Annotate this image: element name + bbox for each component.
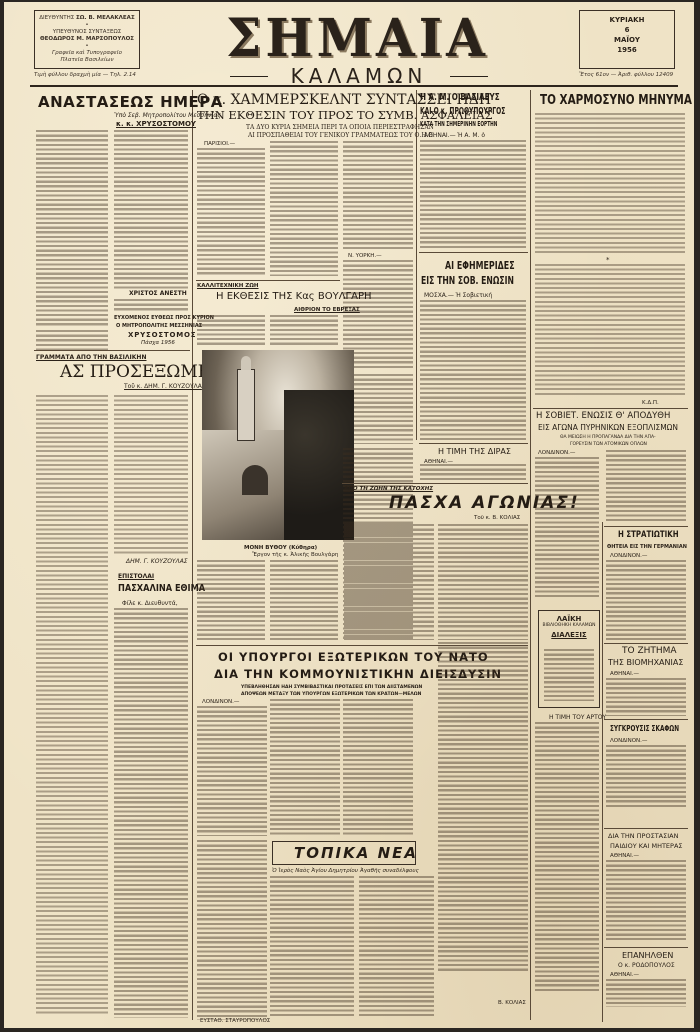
article-body (344, 524, 434, 640)
signature-kolias: Β. ΚΟΛΙΑΣ (498, 1000, 526, 1006)
closing-name: ΧΡΥΣΟΣΤΟΜΟΣ (128, 331, 196, 339)
headline-industry-1: ΤΟ ΖΗΤΗΜΑ (622, 646, 677, 656)
article-body (606, 560, 686, 640)
dateline-london-soviet: ΛΟΝΔΙΝΟΝ.— (538, 450, 575, 456)
closing-date: Πάσχα 1956 (141, 340, 175, 346)
headline-price-dira: Η ΤΙΜΗ ΤΗΣ ΔΙΡΑΣ (438, 447, 511, 456)
kicker-letters: ΕΠΙΣΤΟΛΑΙ (118, 573, 154, 580)
photo-arch (242, 465, 268, 495)
section-mark: * (606, 256, 610, 264)
headline-paschalina-ethima: ΠΑΣΧΑΛΙΝΑ ΕΘΙΜΑ (118, 583, 205, 594)
subhead-nato-1: ΥΠΕΒΛΗΘΗΣΑΝ ΗΔΗ ΣΥΜΒΙΒΑΣΤΙΚΑΙ ΠΡΟΤΑΣΕΙΣ … (241, 685, 422, 690)
article-body (114, 395, 188, 555)
letters-salutation: Φίλε κ. Διευθυντά, (122, 600, 178, 607)
local-item-2: Ἀγαθῆς συναδέλφους (360, 868, 419, 874)
article-body (420, 464, 526, 480)
article-body (343, 141, 413, 251)
date-box: ΚΥΡΙΑΚΗ 6 ΜΑΪΟΥ 1956 (579, 10, 675, 69)
issue-note: Ἔτος 61ον — Ἀριθ. φύλλου 12409 (579, 72, 679, 79)
article-body (535, 113, 685, 253)
article-body (420, 140, 526, 248)
column-rule (530, 90, 531, 1020)
headline-king-1: Η Α. Μ. Ο ΒΑΣΙΛΕΥΣ (420, 92, 500, 103)
director-name: ΣΩ. Β. ΜΕΛΑΚΛΕΑΣ (76, 15, 135, 21)
headline-military-2: ΘΗΤΕΙΑ ΕΙΣ ΤΗΝ ΓΕΡΜΑΝΙΑΝ (607, 544, 687, 550)
subhead-hammarskjold-1: ΤΑ ΔΥΟ ΚΥΡΙΑ ΣΗΜΕΙΑ ΠΕΡΙ ΤΑ ΟΠΟΙΑ ΠΕΡΙΕΣ… (246, 124, 434, 131)
article-body (197, 840, 267, 1020)
article-body (606, 745, 686, 807)
kicker-art-life: ΚΑΛΛΙΤΕΧΝΙΚΗ ΖΩΗ (197, 283, 259, 289)
article-body (114, 299, 188, 311)
article-body (438, 642, 528, 972)
column-rule (192, 90, 193, 1020)
article-body (114, 608, 188, 1018)
headline-joyful-message: ΤΟ ΧΑΡΜΟΣΥΝΟ ΜΗΝΥΜΑ (540, 93, 692, 108)
lecture-box-title: ΛΑΪΚΗ (539, 615, 599, 623)
kicker-atrium: ΑΙΘΡΙΟΝ ΤΟ ΕΒΡΕΞΑΣ (294, 307, 360, 313)
headline-newspapers-1: ΑΙ ΕΦΗΜΕΡΙΔΕΣ (445, 259, 515, 272)
article-body (114, 130, 188, 290)
dateline-athens-protection: ΑΘΗΝΑΙ.— (610, 853, 639, 859)
article-body (197, 315, 265, 345)
article-body (36, 330, 108, 352)
signature-kouzoulas: ΔΗΜ. Γ. ΚΟΥΖΟΥΛΑΣ (126, 558, 188, 565)
local-author-sign: ΕΥΣΤΑΘ. ΣΤΑΥΡΟΠΟΥΛΟΣ (200, 1018, 270, 1024)
article-body (343, 699, 413, 836)
subhead-soviet-1: ΘΑ ΜΕΙΩΣΗ Η ΠΡΟΠΑΓΑΝΔΑ ΔΙΑ ΤΗΝ ΑΠΑ- (560, 435, 656, 440)
article-body (359, 876, 434, 1016)
date-day: 6 (580, 25, 674, 35)
dateline-athens-returned: ΑΘΗΝΑΙ.— (610, 972, 639, 978)
article-body (535, 264, 685, 396)
dateline-athens-king: ΑΘΗΝΑΙ.— Ἡ Α. Μ. ὁ (424, 132, 485, 139)
article-body (535, 457, 599, 597)
dateline-athens-industry: ΑΘΗΝΑΙ.— (610, 671, 639, 677)
office-line-2: Πλατεῖα Βασιλείων (35, 57, 139, 64)
column-rule (602, 522, 603, 1022)
dateline-new-york: Ν. ΥΟΡΚΗ.— (348, 253, 382, 259)
headline-protection-2: ΠΑΙΔΙΟΥ ΚΑΙ ΜΗΤΕΡΑΣ (610, 842, 683, 850)
article-body (197, 148, 265, 276)
article-body (606, 450, 686, 522)
headline-industry-2: ΤΗΣ ΒΙΟΜΗΧΑΝΙΑΣ (608, 658, 683, 667)
article-body (270, 315, 338, 345)
headline-topika-nea: ΤΟΠΙΚΑ ΝΕΑ (294, 844, 418, 862)
photo-subcaption: Ἔργον τῆς κ. Ἀλικῆς Βουλγάρη (252, 552, 338, 558)
headline-returned-2: Ο κ. ΡΟΔΟΠΟΥΛΟΣ (618, 962, 675, 969)
editor-label: ΥΠΕΥΘΥΝΟΣ ΣΥΝΤΑΞΕΩΣ (35, 29, 139, 36)
dateline-london-nato: ΛΟΝΔΙΝΟΝ.— (202, 699, 239, 705)
byline-kouzoulas: Τοῦ κ. ΔΗΜ. Γ. ΚΟΥΖΟΥΛΑ (124, 383, 202, 390)
article-body (544, 649, 594, 701)
closing-line-2: Ο ΜΗΤΡΟΠΟΛΙΤΗΣ ΜΕΣΣΗΝΙΑΣ (116, 323, 202, 329)
newspaper-page: ΔΙΕΥΘΥΝΤΗΣ ΣΩ. Β. ΜΕΛΑΚΛΕΑΣ • ΥΠΕΥΘΥΝΟΣ … (4, 2, 694, 1028)
article-body (270, 699, 340, 836)
headline-returned-1: ΕΠΑΝΗΛΘΕΝ (622, 951, 673, 960)
photo-caption: ΜΟΝΗ ΒΥΘΟΥ (Κύθηρα) (244, 545, 317, 551)
monastery-photo (202, 350, 354, 540)
director-label: ΔΙΕΥΘΥΝΤΗΣ (39, 15, 74, 21)
article-body (606, 979, 686, 1007)
date-month: ΜΑΪΟΥ (580, 35, 674, 45)
headline-bread-price: Η ΤΙΜΗ ΤΟΥ ΑΡΤΟΥ (549, 714, 606, 721)
editor-name: ΘΕΟΔΩΡΟΣ Μ. ΜΑΡΣΟΠΟΥΛΟΣ (35, 36, 139, 43)
signature-kdp: Κ.Δ.Π. (642, 400, 659, 406)
article-body (270, 141, 338, 276)
dateline-paris: ΠΑΡΙΣΙΟΙ.— (204, 141, 235, 147)
date-year: 1956 (580, 45, 674, 55)
quote-name: ΧΡΙΣΤΟΣ ΑΝΕΣΤΗ (129, 290, 187, 297)
newspaper-title: ΣΗΜΑΙΑ (226, 7, 488, 69)
article-body (36, 130, 108, 328)
dateline-london-collision: ΛΟΝΔΙΝΟΝ.— (610, 738, 647, 744)
article-body (606, 678, 686, 716)
article-body (420, 300, 526, 440)
article-body (197, 560, 265, 640)
column-rule (416, 90, 417, 440)
headline-newspapers-2: ΕΙΣ ΤΗΝ ΣΟΒ. ΕΝΩΣΙΝ (421, 274, 514, 287)
article-body (535, 722, 599, 992)
article-body (270, 560, 338, 640)
dateline-moscow: ΜΟΣΧΑ.— Ἡ Σοβιετική (424, 292, 492, 299)
lecture-box-heading: ΔΙΑΛΕΞΙΣ (539, 631, 599, 639)
headline-protection-1: ΔΙΑ ΤΗΝ ΠΡΟΣΤΑΣΙΑΝ (608, 832, 678, 840)
article-body (270, 876, 354, 1016)
byline-kolias: Τοῦ κ. Β. ΚΟΛΙΑΣ (474, 515, 520, 521)
kicker-letters-vasiliki: ΓΡΑΜΜΑΤΑ ΑΠΟ ΤΗΝ ΒΑΣΙΛΙΚΗΝ (36, 354, 146, 361)
masthead-rule (30, 85, 678, 87)
headline-soviet-2: ΕΙΣ ΑΓΩΝΑ ΠΥΡΗΝΙΚΩΝ ΕΞΟΠΛΙΣΜΩΝ (538, 423, 678, 432)
kicker-occupation: ΑΠΟ ΤΗ ΖΩΗΝ ΤΗΣ ΚΑΤΟΧΗΣ (344, 486, 433, 492)
headline-military-1: Η ΣΤΡΑΤΙΩΤΙΚΗ (618, 530, 679, 540)
headline-king-3: ΚΑΤΑ ΤΗΝ ΣΗΜΕΡΙΝΗΝ ΕΟΡΤΗΝ (420, 120, 497, 128)
subhead-soviet-2: ΓΟΡΕΥΣΙΝ ΤΩΝ ΑΤΟΜΙΚΩΝ ΟΠΛΩΝ (570, 442, 647, 447)
headline-as-prosexomen: ΑΣ ΠΡΟΣΕΞΩΜΕΝ (60, 362, 225, 382)
subhead-nato-2: ΑΠΟΨΕΩΝ ΜΕΤΑΞΥ ΤΩΝ ΥΠΟΥΡΓΩΝ ΕΞΩΤΕΡΙΚΩΝ Τ… (241, 692, 421, 697)
price-note: Τιμὴ φύλλου δραχμὴ μία — Τηλ. 2.14 (34, 72, 144, 79)
masthead-info-box: ΔΙΕΥΘΥΝΤΗΣ ΣΩ. Β. ΜΕΛΑΚΛΕΑΣ • ΥΠΕΥΘΥΝΟΣ … (34, 10, 140, 69)
lecture-box-subtitle: ΒΙΒΛΙΟΘΗΚΗ ΚΑΛΑΜΩΝ (539, 623, 599, 628)
article-body (606, 860, 686, 940)
byline-chrysostomos: κ. κ. ΧΡΥΣΟΣΤΟΜΟΥ (116, 120, 196, 128)
article-body (36, 395, 108, 1015)
local-item-1: Ὁ Ἱερὸς Ναὸς Ἁγίου Δημητρίου (272, 868, 358, 874)
article-body (197, 706, 267, 836)
dateline-london-military: ΛΟΝΔΙΝΟΝ.— (610, 553, 647, 559)
subhead-hammarskjold-2: ΑΙ ΠΡΟΣΠΑΘΕΙΑΙ ΤΟΥ ΓΕΝΙΚΟΥ ΓΡΑΜΜΑΤΕΩΣ ΤΟ… (248, 132, 435, 139)
headline-ship-collision: ΣΥΓΚΡΟΥΣΙΣ ΣΚΑΦΩΝ (610, 724, 679, 733)
date-weekday: ΚΥΡΙΑΚΗ (580, 15, 674, 25)
headline-anastaseos: ΑΝΑΣΤΑΣΕΩΣ ΗΜΕΡΑ (38, 93, 223, 111)
photo-bell-tower (238, 370, 254, 440)
headline-king-2: ΚΑΙ Ο κ. ΠΡΩΘΥΠΟΥΡΓΟΣ (420, 106, 505, 117)
headline-bulgari-exhibition: Η ΕΚΘΕΣΙΣ ΤΗΣ Κας ΒΟΥΛΓΑΡΗ (216, 291, 372, 302)
office-line-1: Γραφεῖα καὶ Τυπογραφεῖο (35, 50, 139, 57)
headline-soviet-1: Η ΣΟΒΙΕΤ. ΕΝΩΣΙΣ Θ' ΑΠΟΔΥΘΗ (536, 411, 670, 421)
article-body (438, 524, 528, 640)
lecture-box: ΛΑΪΚΗ ΒΙΒΛΙΟΘΗΚΗ ΚΑΛΑΜΩΝ ΔΙΑΛΕΞΙΣ (538, 610, 600, 708)
